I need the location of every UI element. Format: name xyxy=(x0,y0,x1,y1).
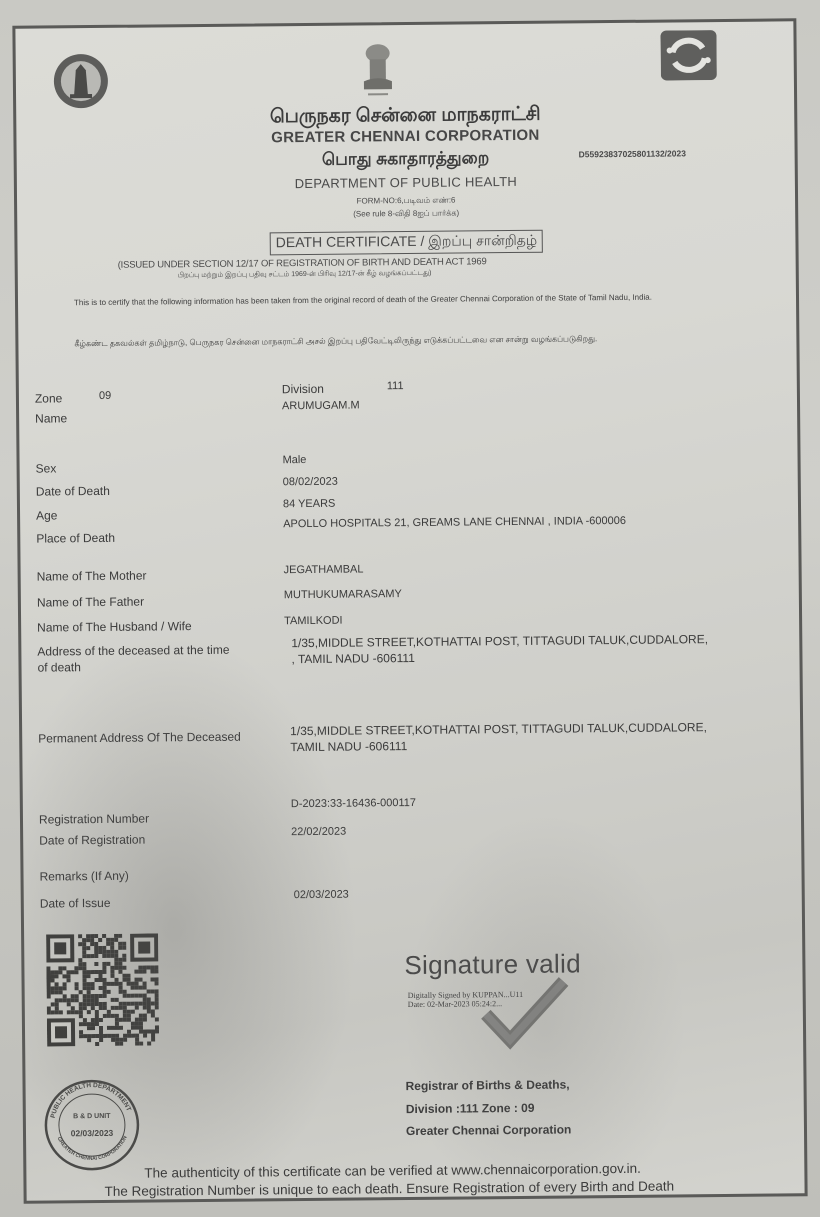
certification-text-tamil: கீழ்கண்ட தகவல்கள் தமிழ்நாடு, பெருநகர சென… xyxy=(34,329,674,352)
zone-label: Zone xyxy=(35,391,62,405)
national-emblem-icon xyxy=(358,41,399,104)
svg-text:02/03/2023: 02/03/2023 xyxy=(71,1128,114,1138)
digilocker-icon xyxy=(660,30,717,86)
date-of-death-label: Date of Death xyxy=(36,484,110,499)
division-label: Division xyxy=(282,382,324,396)
remarks-label: Remarks (If Any) xyxy=(39,869,128,884)
date-of-registration-value: 22/02/2023 xyxy=(291,826,346,839)
registrar-corporation: Greater Chennai Corporation xyxy=(406,1122,571,1138)
date-of-issue-label: Date of Issue xyxy=(40,896,111,911)
registrar-title: Registrar of Births & Deaths, xyxy=(405,1077,569,1093)
age-label: Age xyxy=(36,508,57,522)
tamil-nadu-emblem-icon xyxy=(52,52,111,116)
issued-under-tamil: பிறப்பு மற்றும் இறப்பு பதிவு சட்டம் 1969… xyxy=(178,269,432,280)
mother-value: JEGATHAMBAL xyxy=(284,563,364,576)
health-department-seal: B & D UNIT 02/03/2023 PUBLIC HEALTH DEPA… xyxy=(41,1078,142,1179)
svg-text:B & D UNIT: B & D UNIT xyxy=(73,1113,111,1120)
document-id: D5592383702580113​2/2023 xyxy=(579,148,686,159)
date-of-death-value: 08/02/2023 xyxy=(283,476,338,489)
place-of-death-label: Place of Death xyxy=(36,531,115,546)
certification-text: This is to certify that the following in… xyxy=(34,288,674,311)
date-of-registration-label: Date of Registration xyxy=(39,833,145,848)
address-at-death-label-line1: Address of the deceased at the time xyxy=(37,643,229,659)
father-value: MUTHUKUMARASAMY xyxy=(284,588,402,601)
sex-label: Sex xyxy=(36,461,57,475)
registration-note: The Registration Number is unique to eac… xyxy=(104,1178,674,1198)
address-at-death-value-line1: 1/35,MIDDLE STREET,KOTHATTAI POST, TITTA… xyxy=(291,632,708,650)
zone-value: 09 xyxy=(99,390,111,402)
father-label: Name of The Father xyxy=(37,595,144,610)
registration-number-label: Registration Number xyxy=(39,812,149,827)
permanent-address-label: Permanent Address Of The Deceased xyxy=(38,730,241,746)
place-of-death-value: APOLLO HOSPITALS 21, GREAMS LANE CHENNAI… xyxy=(283,515,626,530)
registrar-division-zone: Division :111 Zone : 09 xyxy=(406,1101,535,1116)
svg-text:GREATER CHENNAI CORPORATION: GREATER CHENNAI CORPORATION xyxy=(56,1135,130,1163)
registration-number-value: D-2023:33-16436-000117 xyxy=(291,797,416,810)
address-at-death-label-line2: of death xyxy=(37,660,81,674)
mother-label: Name of The Mother xyxy=(37,569,147,584)
age-value: 84 YEARS xyxy=(283,498,336,511)
address-at-death-value-line2: , TAMIL NADU -606111 xyxy=(291,651,415,666)
checkmark-icon xyxy=(479,973,570,1059)
name-value: ARUMUGAM.M xyxy=(282,399,360,412)
authenticity-note: The authenticity of this certificate can… xyxy=(144,1161,641,1181)
permanent-address-value-line1: 1/35,MIDDLE STREET,KOTHATTAI POST, TITTA… xyxy=(290,720,707,738)
department-name: DEPARTMENT OF PUBLIC HEALTH xyxy=(17,171,795,193)
death-certificate: பெருநகர சென்னை மாநகராட்சி GREATER CHENNA… xyxy=(12,18,807,1203)
spouse-value: TAMILKODI xyxy=(284,615,343,628)
certificate-title: DEATH CERTIFICATE / இறப்பு சான்றிதழ் xyxy=(270,230,544,256)
sex-value: Male xyxy=(282,454,306,466)
verification-qr-code[interactable] xyxy=(46,933,159,1051)
date-of-issue-value: 02/03/2023 xyxy=(294,889,349,902)
permanent-address-value-line2: TAMIL NADU -606111 xyxy=(290,739,407,754)
name-label: Name xyxy=(35,411,67,425)
division-value: 111 xyxy=(387,380,404,392)
spouse-label: Name of The Husband / Wife xyxy=(37,619,192,634)
